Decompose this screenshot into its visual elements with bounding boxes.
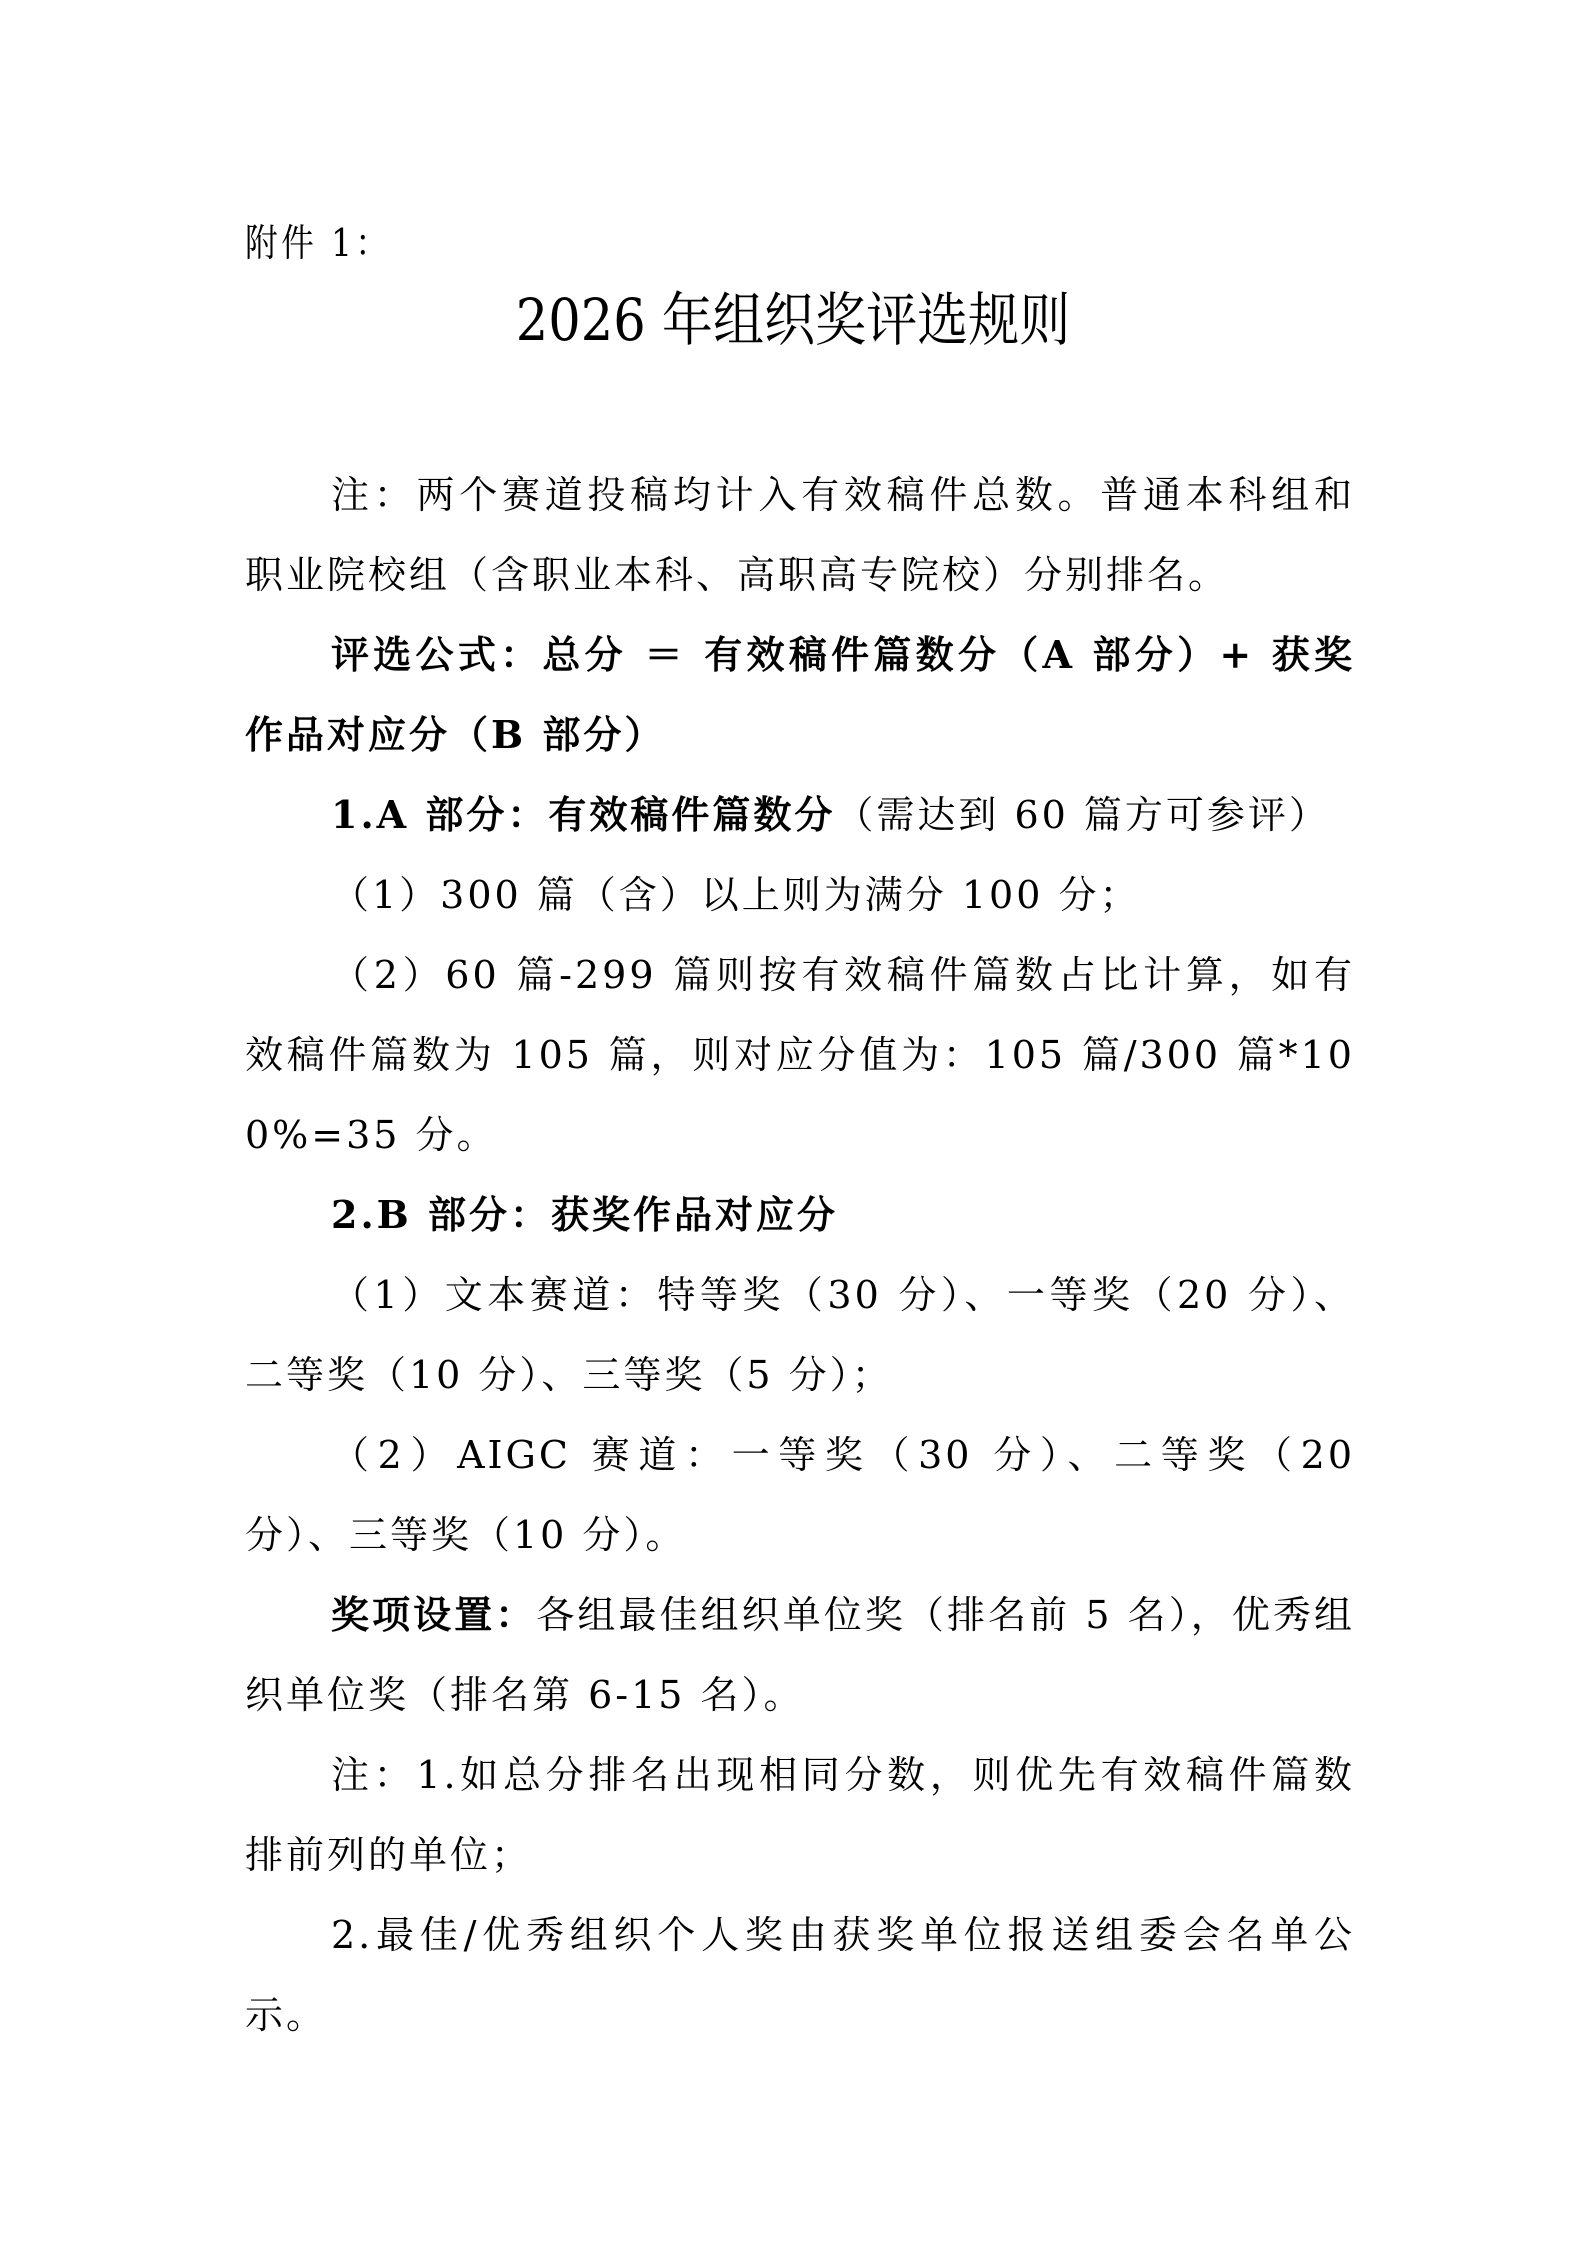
paragraph-note-1: 注：1.如总分排名出现相同分数，则优先有效稿件篇数排前列的单位； — [245, 1735, 1355, 1895]
paragraph-awards: 奖项设置：各组最佳组织单位奖（排名前 5 名），优秀组织单位奖（排名第 6-15… — [245, 1575, 1355, 1735]
paragraph-note-2: 2.最佳/优秀组织个人奖由获奖单位报送组委会名单公示。 — [245, 1895, 1355, 2055]
document-body: 注：两个赛道投稿均计入有效稿件总数。普通本科组和职业院校组（含职业本科、高职高专… — [245, 455, 1355, 2055]
paragraph-part-a-item-2: （2）60 篇-299 篇则按有效稿件篇数占比计算，如有效稿件篇数为 105 篇… — [245, 935, 1355, 1175]
paragraph-part-b-item-2: （2）AIGC 赛道：一等奖（30 分）、二等奖（20 分）、三等奖（10 分）… — [245, 1415, 1355, 1575]
document-title: 2026 年组织奖评选规则 — [0, 280, 1587, 360]
awards-label: 奖项设置： — [331, 1592, 536, 1637]
part-a-heading: 1.A 部分：有效稿件篇数分 — [331, 792, 835, 837]
part-a-condition: （需达到 60 篇方可参评） — [835, 793, 1330, 837]
paragraph-part-b-item-1: （1）文本赛道：特等奖（30 分）、一等奖（20 分）、二等奖（10 分）、三等… — [245, 1255, 1355, 1415]
paragraph-note-intro: 注：两个赛道投稿均计入有效稿件总数。普通本科组和职业院校组（含职业本科、高职高专… — [245, 455, 1355, 615]
paragraph-part-a-heading: 1.A 部分：有效稿件篇数分（需达到 60 篇方可参评） — [245, 775, 1355, 855]
paragraph-part-b-heading: 2.B 部分：获奖作品对应分 — [245, 1175, 1355, 1255]
document-title-text: 2026 年组织奖评选规则 — [516, 280, 1070, 360]
formula-label: 评选公式： — [331, 632, 542, 677]
paragraph-part-a-item-1: （1）300 篇（含）以上则为满分 100 分； — [245, 855, 1355, 935]
document-page: 附件 1： 2026 年组织奖评选规则 注：两个赛道投稿均计入有效稿件总数。普通… — [0, 0, 1587, 2245]
paragraph-formula: 评选公式：总分 ＝ 有效稿件篇数分（A 部分）+ 获奖作品对应分（B 部分） — [245, 615, 1355, 775]
attachment-label: 附件 1： — [245, 215, 391, 271]
